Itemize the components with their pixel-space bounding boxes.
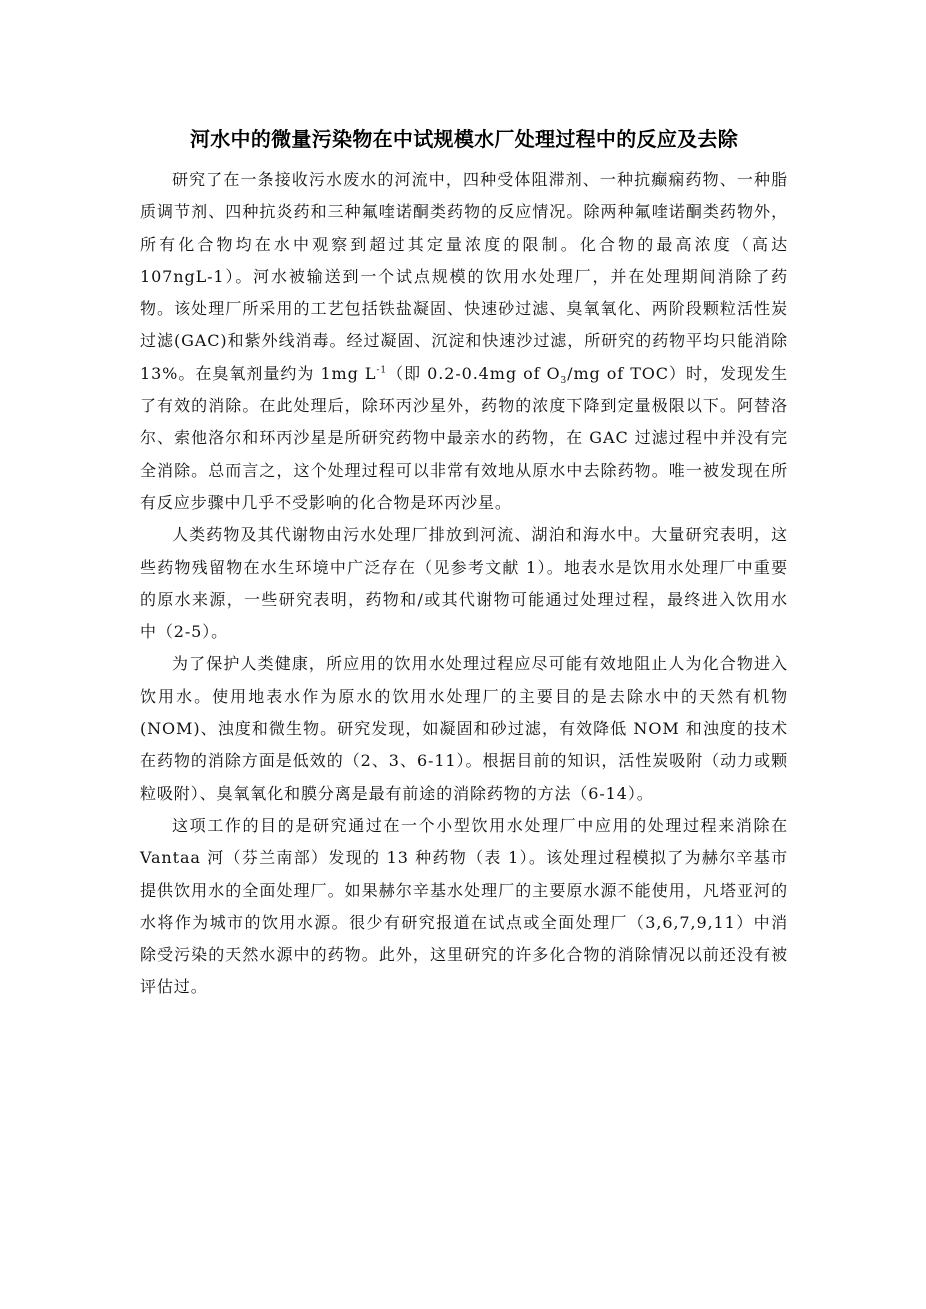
- abstract-text-1: 研究了在一条接收污水废水的河流中，四种受体阻滞剂、一种抗癫痫药物、一种脂质调节剂…: [140, 170, 788, 383]
- intro-paragraph-3: 这项工作的目的是研究通过在一个小型饮用水处理厂中应用的处理过程来消除在 Vant…: [140, 810, 788, 1004]
- superscript-exponent: -1: [376, 365, 387, 375]
- document-page: 河水中的微量污染物在中试规模水厂处理过程中的反应及去除 研究了在一条接收污水废水…: [140, 122, 788, 1004]
- paper-title: 河水中的微量污染物在中试规模水厂处理过程中的反应及去除: [140, 122, 788, 156]
- intro-paragraph-2: 为了保护人类健康，所应用的饮用水处理过程应尽可能有效地阻止人为化合物进入饮用水。…: [140, 648, 788, 809]
- abstract-text-3: /mg of TOC）时，发现发生了有效的消除。在此处理后，除环丙沙星外，药物的…: [140, 364, 788, 512]
- intro-paragraph-1: 人类药物及其代谢物由污水处理厂排放到河流、湖泊和海水中。大量研究表明，这些药物残…: [140, 519, 788, 648]
- abstract-text-2: （即 0.2-0.4mg of O: [387, 364, 561, 383]
- abstract-paragraph: 研究了在一条接收污水废水的河流中，四种受体阻滞剂、一种抗癫痫药物、一种脂质调节剂…: [140, 164, 788, 519]
